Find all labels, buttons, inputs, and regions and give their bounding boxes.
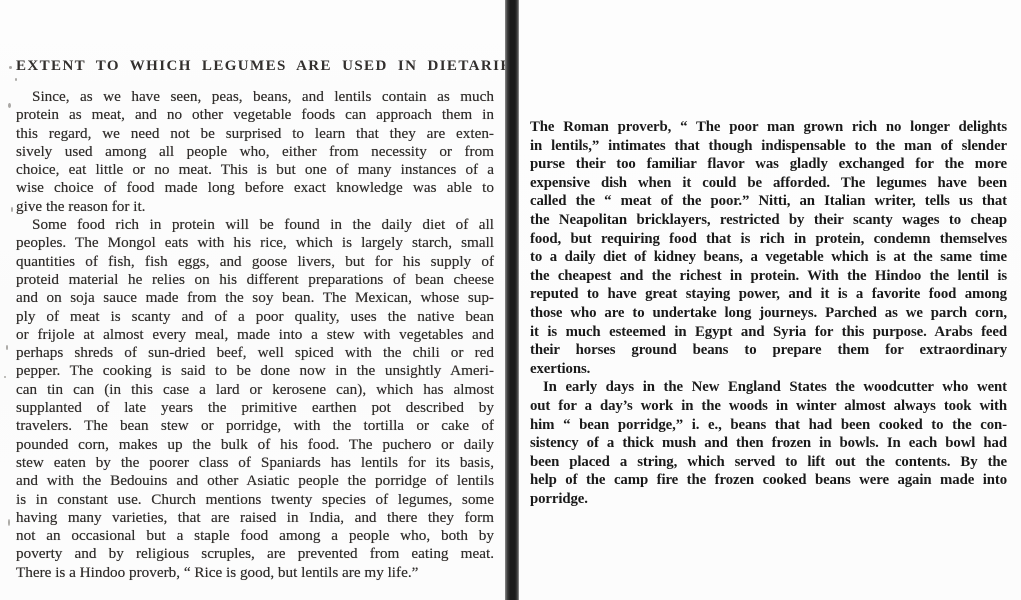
text-line: can tin can (in this case a lard or kero… bbox=[16, 381, 494, 399]
text-line: Some food rich in protein will be found … bbox=[16, 216, 494, 234]
text-line: him “ bean porridge,” i. e., beans that … bbox=[530, 416, 1007, 435]
scan-speck bbox=[8, 519, 10, 526]
text-line: poverty and by religious scruples, are p… bbox=[16, 545, 494, 563]
text-line: sistency of a thick mush and then frozen… bbox=[530, 434, 1007, 453]
text-line: been placed a string, which served to li… bbox=[530, 453, 1007, 472]
text-line: the cheapest and the richest in protein.… bbox=[530, 267, 1007, 286]
scan-speck bbox=[8, 103, 11, 108]
text-line: Since, as we have seen, peas, beans, and… bbox=[16, 88, 494, 106]
right-page: The Roman proverb, “ The poor man grown … bbox=[519, 0, 1021, 600]
text-line: In early days in the New England States … bbox=[530, 378, 1007, 397]
book-scan: EXTENT TO WHICH LEGUMES ARE USED IN DIET… bbox=[0, 0, 1021, 600]
text-line: to a daily diet of kidney beans, a veget… bbox=[530, 248, 1007, 267]
text-line: help of the camp fire the frozen cooked … bbox=[530, 471, 1007, 490]
paragraph: In early days in the New England States … bbox=[530, 378, 1007, 508]
text-line: quantities of fish, fish eggs, and goose… bbox=[16, 253, 494, 271]
section-heading: EXTENT TO WHICH LEGUMES ARE USED IN DIET… bbox=[16, 58, 494, 75]
text-line: it is much esteemed in Egypt and Syria f… bbox=[530, 323, 1007, 342]
text-line: purse their too familiar flavor was glad… bbox=[530, 155, 1007, 174]
text-line: choice, eat little or no meat. This is b… bbox=[16, 161, 494, 179]
text-line: and on soja sauce made from the soy bean… bbox=[16, 289, 494, 307]
paragraph: The Roman proverb, “ The poor man grown … bbox=[530, 118, 1007, 378]
right-page-text: The Roman proverb, “ The poor man grown … bbox=[530, 118, 1007, 508]
text-line: stew eaten by the poorer class of Spania… bbox=[16, 454, 494, 472]
text-line: exertions. bbox=[530, 360, 1007, 379]
text-line: those who are to undertake long journeys… bbox=[530, 304, 1007, 323]
text-line: this regard, we need not be surprised to… bbox=[16, 125, 494, 143]
text-line: having many varieties, that are raised i… bbox=[16, 509, 494, 527]
text-line: is in constant use. Church mentions twen… bbox=[16, 491, 494, 509]
text-line: called the “ meat of the poor.” Nitti, a… bbox=[530, 192, 1007, 211]
scan-speck bbox=[11, 207, 13, 212]
page-divider bbox=[505, 0, 519, 600]
scan-speck bbox=[6, 345, 8, 350]
text-line: wise choice of food made long before exa… bbox=[16, 179, 494, 197]
text-line: porridge. bbox=[530, 490, 1007, 509]
text-line: reputed to have great staying power, and… bbox=[530, 285, 1007, 304]
scan-speck bbox=[9, 66, 12, 69]
text-line: There is a Hindoo proverb, “ Rice is goo… bbox=[16, 564, 494, 582]
text-line: pounded corn, makes up the bulk of his f… bbox=[16, 436, 494, 454]
text-line: in lentils,” intimates that though indis… bbox=[530, 137, 1007, 156]
text-line: give the reason for it. bbox=[16, 198, 494, 216]
text-line: proteid material he relies on his differ… bbox=[16, 271, 494, 289]
text-line: the Neapolitan bricklayers, restricted b… bbox=[530, 211, 1007, 230]
text-line: not an occasional but a staple food amon… bbox=[16, 527, 494, 545]
scan-speck bbox=[15, 78, 17, 81]
text-line: expensive dish when it could be afforded… bbox=[530, 174, 1007, 193]
paragraph: Since, as we have seen, peas, beans, and… bbox=[16, 88, 494, 216]
text-line: protein as meat, and no other vegetable … bbox=[16, 106, 494, 124]
text-line: peoples. The Mongol eats with his rice, … bbox=[16, 234, 494, 252]
text-line: sively used among all people who, either… bbox=[16, 143, 494, 161]
text-line: travelers. The bean stew or porridge, wi… bbox=[16, 417, 494, 435]
scan-speck bbox=[4, 376, 6, 378]
left-page: EXTENT TO WHICH LEGUMES ARE USED IN DIET… bbox=[0, 0, 505, 600]
text-line: their horses ground beans to prepare the… bbox=[530, 341, 1007, 360]
text-line: or frijole at almost every meal, made in… bbox=[16, 326, 494, 344]
text-line: food, but requiring food that is rich in… bbox=[530, 230, 1007, 249]
text-line: ply of meat is scanty and of a poor qual… bbox=[16, 308, 494, 326]
text-line: supplanted of late years the primitive e… bbox=[16, 399, 494, 417]
text-line: perhaps shreds of sun-dried beef, well s… bbox=[16, 344, 494, 362]
text-line: The Roman proverb, “ The poor man grown … bbox=[530, 118, 1007, 137]
text-line: out for a day’s work in the woods in win… bbox=[530, 397, 1007, 416]
left-page-text: Since, as we have seen, peas, beans, and… bbox=[16, 88, 494, 582]
paragraph: Some food rich in protein will be found … bbox=[16, 216, 494, 582]
text-line: and with the Bedouins and other Asiatic … bbox=[16, 472, 494, 490]
text-line: pepper. The cooking is said to be done n… bbox=[16, 362, 494, 380]
